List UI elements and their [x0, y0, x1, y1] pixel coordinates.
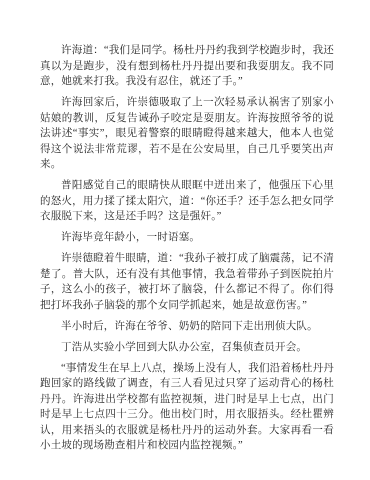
ebook-page: 许海道：“我们是同学。杨杜丹丹约我到学校跑步时，我还真以为是跑步，没有想到杨杜丹…: [0, 0, 370, 480]
novel-paragraph: 许海道：“我们是同学。杨杜丹丹约我到学校跑步时，我还真以为是跑步，没有想到杨杜丹…: [40, 43, 334, 90]
novel-paragraph: 许海毕竟年龄小，一时语塞。: [40, 230, 334, 246]
novel-paragraph: 丁浩从实验小学回到大队办公室，召集侦查员开会。: [40, 340, 334, 356]
novel-paragraph: “事情发生在早上八点，操场上没有人，我们沿着杨杜丹丹跑回家的路线做了调查，有三人…: [40, 361, 334, 454]
novel-paragraph: 半小时后，许海在爷爷、奶奶的陪同下走出刑侦大队。: [40, 319, 334, 335]
novel-paragraph: 许崇德瞪着牛眼睛，道：“我孙子被打成了脑震荡，记不清楚了。普大队，还有没有其他事…: [40, 251, 334, 313]
novel-paragraph: 普阳感觉自己的眼睛快从眼眶中迸出来了，他强压下心里的怒火，用力揉了揉太阳穴，道：…: [40, 178, 334, 225]
novel-text-column: 许海道：“我们是同学。杨杜丹丹约我到学校跑步时，我还真以为是跑步，没有想到杨杜丹…: [40, 43, 334, 454]
novel-paragraph: 许海回家后，许崇德吸取了上一次轻易承认祸害了别家小姑娘的教训，反复告诫孙子咬定是…: [40, 95, 334, 173]
